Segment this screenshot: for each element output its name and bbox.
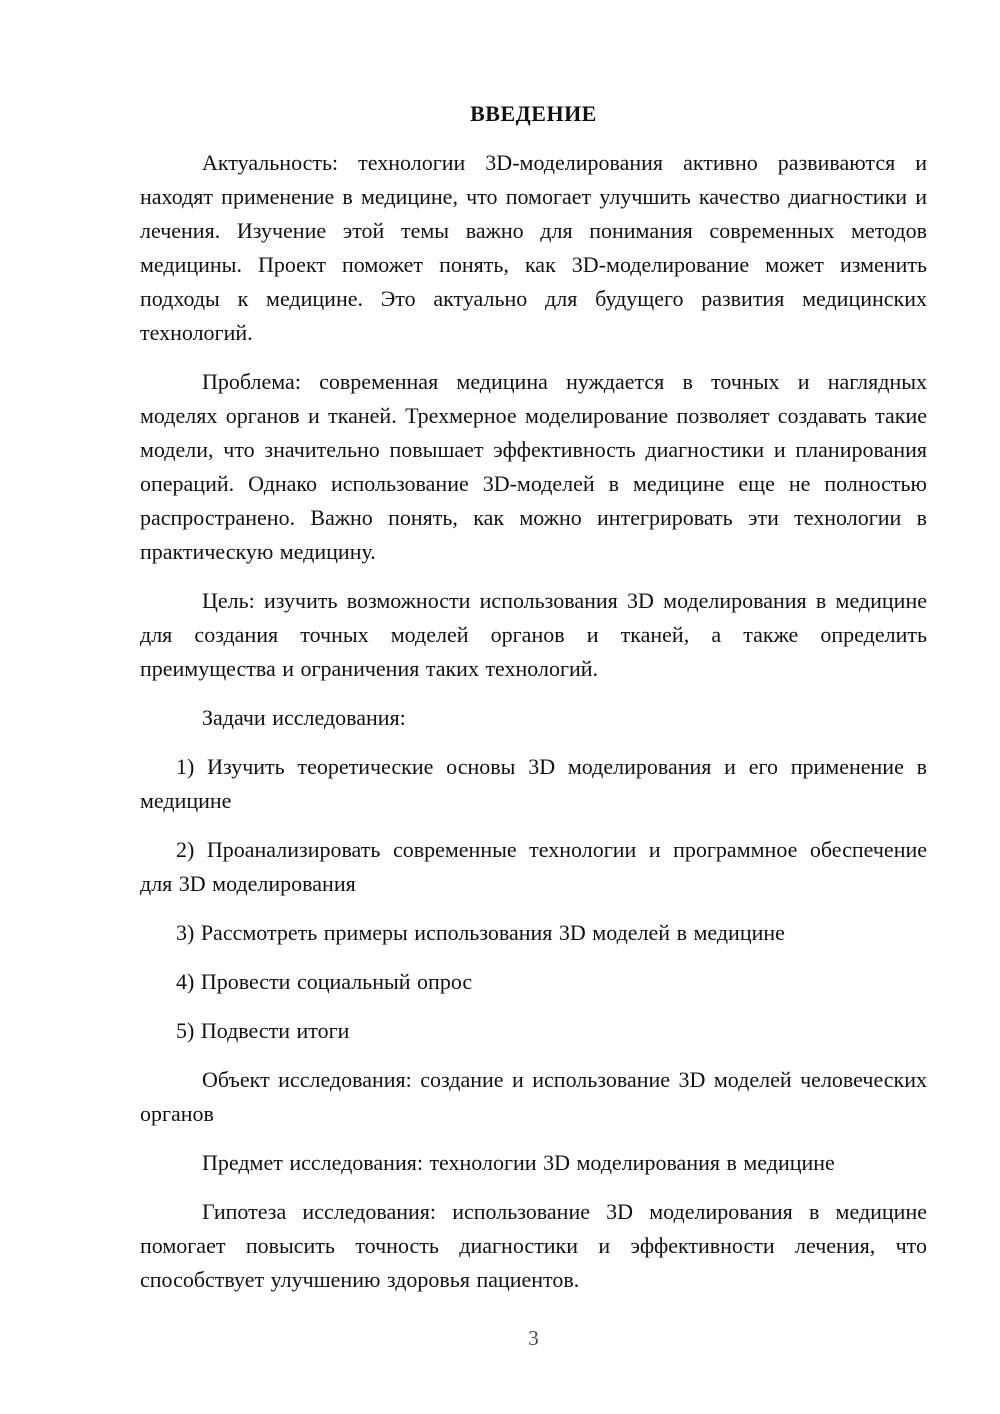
paragraph-goal: Цель: изучить возможности использования … bbox=[140, 584, 927, 686]
paragraph-object: Объект исследования: создание и использо… bbox=[140, 1063, 927, 1131]
paragraph-subject: Предмет исследования: технологии 3D моде… bbox=[140, 1146, 927, 1180]
paragraph-hypothesis: Гипотеза исследования: использование 3D … bbox=[140, 1195, 927, 1297]
document-page: ВВЕДЕНИЕ Актуальность: технологии 3D-мод… bbox=[0, 0, 1000, 1414]
paragraph-problem: Проблема: современная медицина нуждается… bbox=[140, 365, 927, 569]
task-item-5: 5) Подвести итоги bbox=[140, 1014, 927, 1048]
task-item-1: 1) Изучить теоретические основы 3D модел… bbox=[140, 750, 927, 818]
page-title: ВВЕДЕНИЕ bbox=[140, 97, 927, 131]
tasks-heading: Задачи исследования: bbox=[140, 701, 927, 735]
task-item-3: 3) Рассмотреть примеры использования 3D … bbox=[140, 916, 927, 950]
task-item-2: 2) Проанализировать современные технолог… bbox=[140, 833, 927, 901]
task-item-4: 4) Провести социальный опрос bbox=[140, 965, 927, 999]
paragraph-relevance: Актуальность: технологии 3D-моделировани… bbox=[140, 146, 927, 350]
page-number: 3 bbox=[140, 1326, 927, 1351]
